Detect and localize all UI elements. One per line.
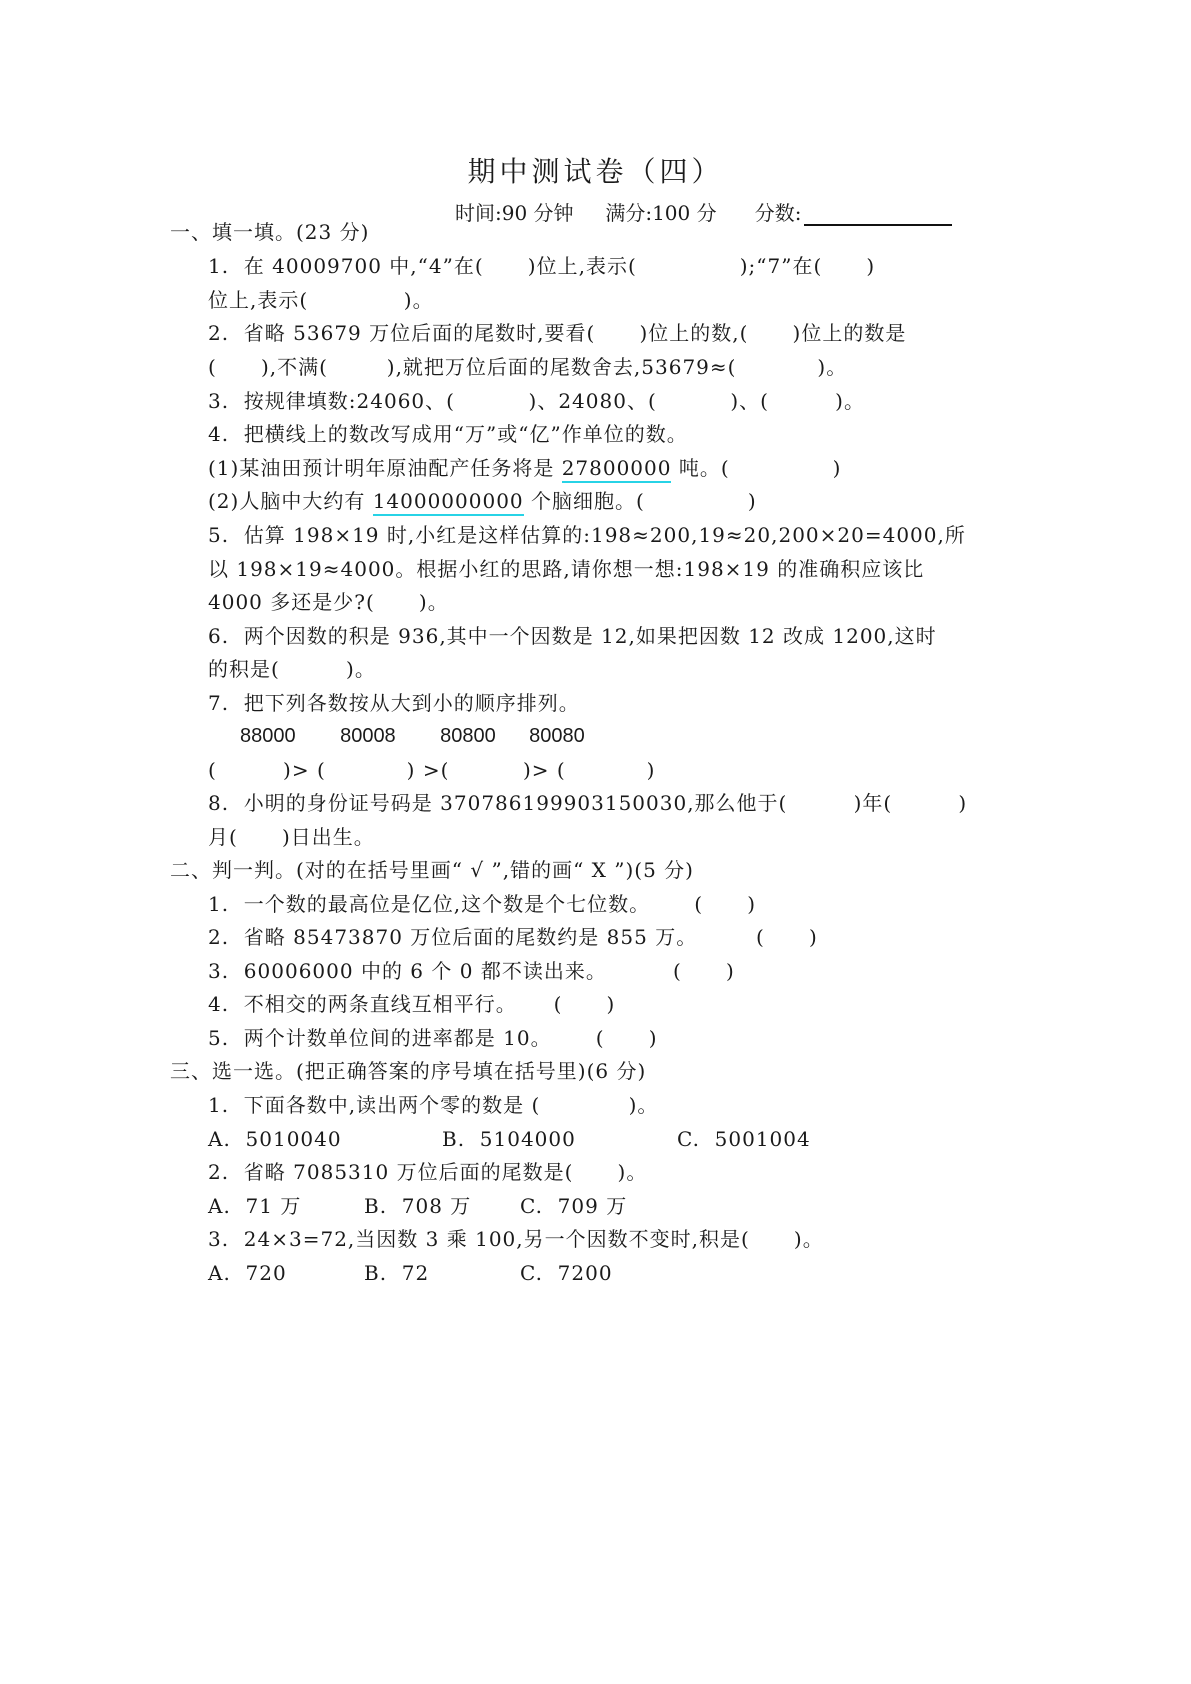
question-line: 4. 把横线上的数改写成用“万”或“亿”作单位的数。 [208,421,688,447]
question-line: 月( )日出生。 [208,824,375,850]
score-label: 分数: [755,201,802,225]
section-heading-choose: 三、选一选。(把正确答案的序号填在括号里)(6 分) [170,1058,646,1084]
choice-option-a: A. 5010040 [208,1126,342,1152]
number-list: 88000 80008 80800 80080 [240,723,585,749]
question-line: 2. 省略 53679 万位后面的尾数时,要看( )位上的数,( )位上的数是 [208,320,906,346]
judge-item: 3. 60006000 中的 6 个 0 都不读出来。 ( ) [208,958,735,984]
choice-option-b: B. 5104000 [442,1126,576,1152]
score-blank[interactable] [804,204,952,226]
choice-stem: 2. 省略 7085310 万位后面的尾数是( )。 [208,1159,647,1185]
question-line: 8. 小明的身份证号码是 370786199903150030,那么他于( )年… [208,790,967,816]
question-line: 5. 估算 198×19 时,小红是这样估算的:198≈200,19≈20,20… [208,522,966,548]
question-line-underlined: (2)人脑中大约有 14000000000 个脑细胞。( ) [208,488,757,514]
judge-item: 5. 两个计数单位间的进率都是 10。 ( ) [208,1025,658,1051]
choice-option-c: C. 709 万 [520,1193,627,1219]
underlined-number: 27800000 [562,456,672,483]
choice-option-b: B. 708 万 [364,1193,471,1219]
choice-option-a: A. 71 万 [208,1193,301,1219]
question-line: 7. 把下列各数按从大到小的顺序排列。 [208,690,580,716]
question-line: 位上,表示( )。 [208,287,434,313]
question-line: 的积是( )。 [208,656,376,682]
judge-item: 2. 省略 85473870 万位后面的尾数约是 855 万。 ( ) [208,924,818,950]
choice-stem: 3. 24×3=72,当因数 3 乘 100,另一个因数不变时,积是( )。 [208,1226,824,1252]
question-line: ( ),不满( ),就把万位后面的尾数舍去,53679≈( )。 [208,354,847,380]
section-heading-fill: 一、填一填。(23 分) [170,219,369,245]
time-label: 时间:90 分钟 [455,201,574,225]
choice-option-c: C. 5001004 [677,1126,811,1152]
judge-item: 1. 一个数的最高位是亿位,这个数是个七位数。 ( ) [208,891,756,917]
choice-option-b: B. 72 [364,1260,429,1286]
exam-page: 期中测试卷（四） 时间:90 分钟 满分:100 分 分数: 一、填一填。(23… [0,0,1191,1684]
ordering-blanks: ( )> ( ) >( )> ( ) [208,757,655,783]
full-score-label: 满分:100 分 [605,201,716,225]
question-line: 6. 两个因数的积是 936,其中一个因数是 12,如果把因数 12 改成 12… [208,623,937,649]
section-heading-judge: 二、判一判。(对的在括号里画“ √ ”,错的画“ X ”)(5 分) [170,857,694,883]
question-line: 4000 多还是少?( )。 [208,589,449,615]
choice-option-c: C. 7200 [520,1260,613,1286]
question-line-underlined: (1)某油田预计明年原油配产任务将是 27800000 吨。( ) [208,455,841,481]
page-title: 期中测试卷（四） [0,150,1191,190]
choice-option-a: A. 720 [208,1260,287,1286]
exam-meta: 时间:90 分钟 满分:100 分 分数: [455,197,952,226]
question-line: 1. 在 40009700 中,“4”在( )位上,表示( );“7”在( ) [208,253,875,279]
choice-stem: 1. 下面各数中,读出两个零的数是 ( )。 [208,1092,658,1118]
question-line: 3. 按规律填数:24060、( )、24080、( )、( )。 [208,388,865,414]
question-line: 以 198×19≈4000。根据小红的思路,请你想一想:198×19 的准确积应… [208,556,924,582]
judge-item: 4. 不相交的两条直线互相平行。 ( ) [208,991,615,1017]
underlined-number: 14000000000 [373,489,524,516]
